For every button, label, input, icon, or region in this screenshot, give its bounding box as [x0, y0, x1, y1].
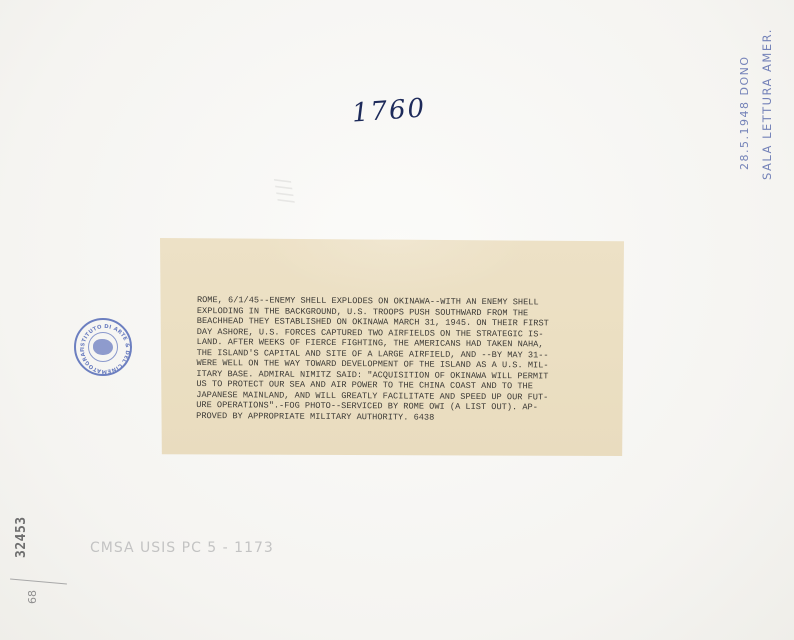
archive-code: CMSA USIS PC 5 - 1173	[90, 540, 274, 556]
pencil-divider-line	[10, 579, 67, 585]
donation-date: 28.5.1948 DONO	[738, 56, 751, 171]
faint-pencil-mark: ////	[251, 175, 299, 208]
caption-clipping: ROME, 6/1/45--ENEMY SHELL EXPLODES ON OK…	[160, 238, 624, 456]
clipping-fold-shadow	[255, 238, 535, 298]
handwritten-inventory-number: 1760	[351, 93, 427, 128]
shield-emblem-icon	[93, 339, 113, 355]
donation-origin: SALA LETTURA AMER.	[760, 28, 774, 180]
typed-caption: ROME, 6/1/45--ENEMY SHELL EXPLODES ON OK…	[196, 295, 597, 424]
stamped-number: 32453	[14, 516, 29, 558]
shelf-mark: 68	[26, 590, 39, 604]
institution-seal: ISTITUTO DI ARTE & DEL CINEMATOGRAFO - R…	[74, 318, 132, 376]
donation-stamp: 28.5.1948 DONO SALA LETTURA AMER.	[730, 30, 790, 190]
photo-verso-sheet: 1760 //// 28.5.1948 DONO SALA LETTURA AM…	[0, 0, 794, 640]
